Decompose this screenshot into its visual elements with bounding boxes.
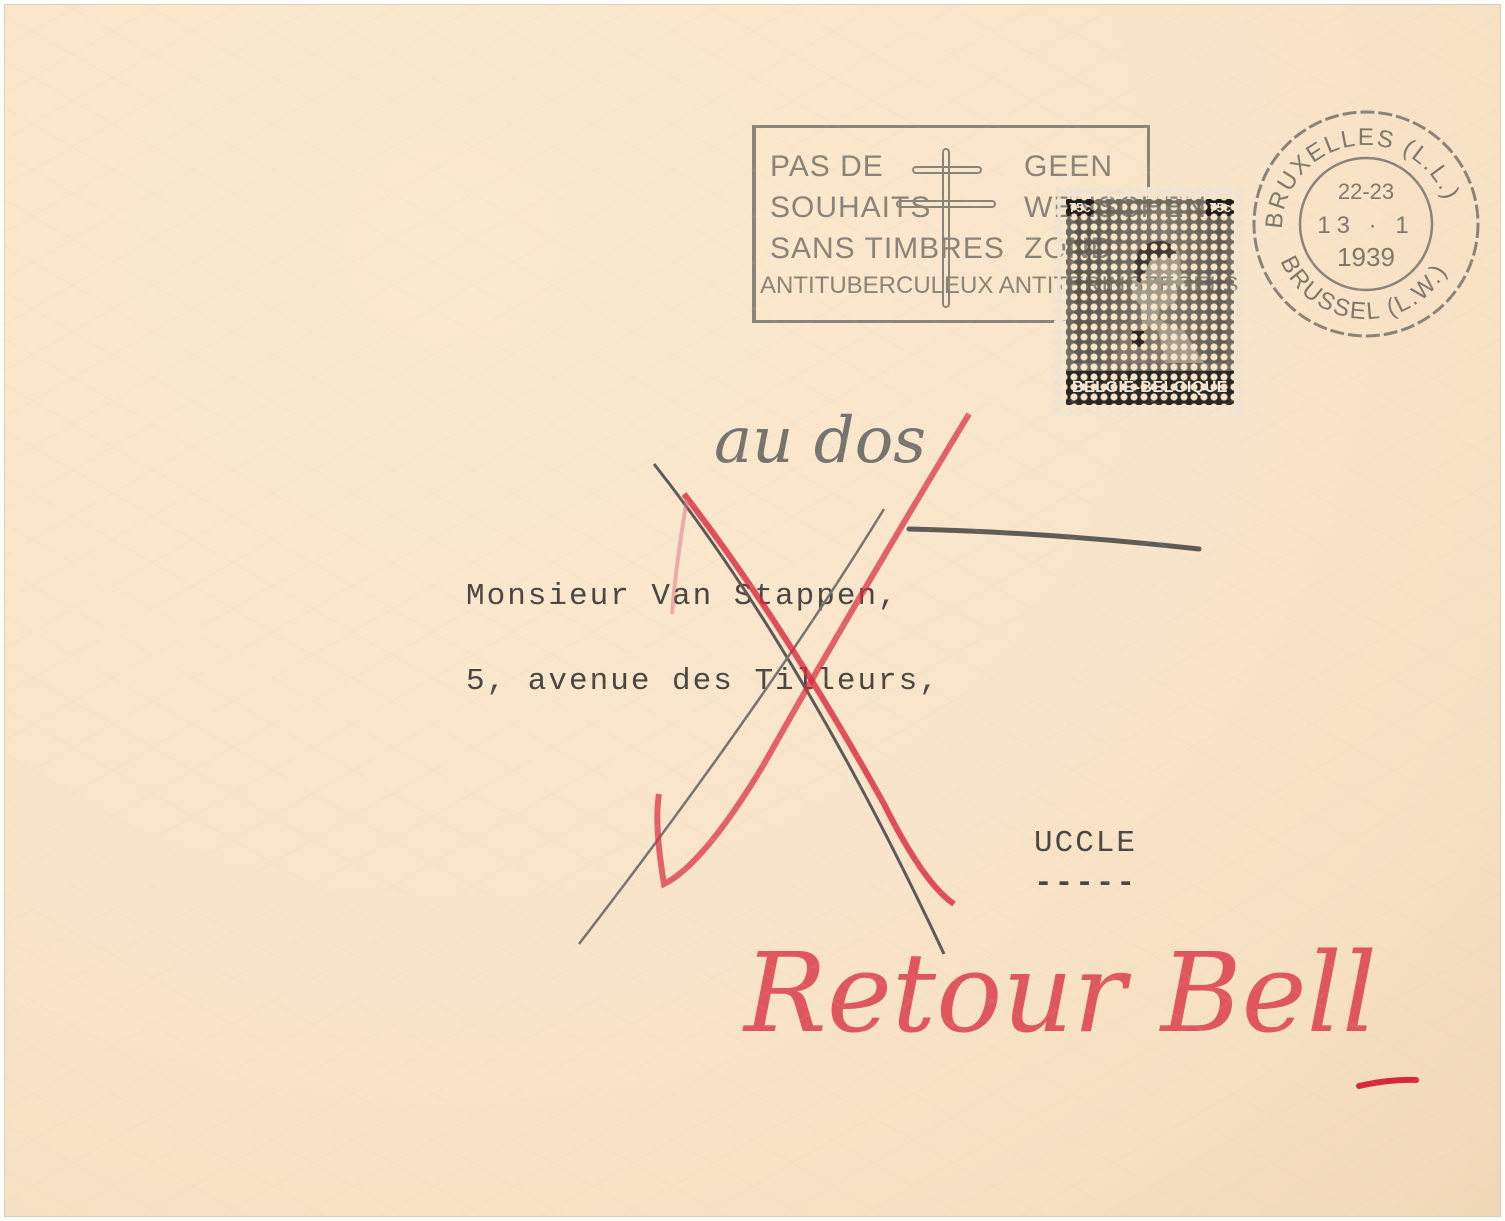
postmark-date: 13 · 1 (1317, 212, 1414, 239)
envelope: PAS DE SOUHAITS SANS TIMBRES GEEN WENSCH… (4, 4, 1501, 1217)
postmark-year: 1939 (1337, 242, 1395, 272)
slogan-line: GEEN (1024, 146, 1207, 187)
postmark-time: 22-23 (1338, 179, 1394, 204)
address-city: UCCLE (1034, 826, 1137, 861)
address-line-1: Monsieur Van Stappen, (466, 579, 899, 614)
stamp-value-left: 75c (1066, 199, 1094, 216)
pencil-note: au dos (714, 404, 926, 478)
red-return-note: Retour Bell (744, 929, 1377, 1057)
stamp-portrait-panel (1074, 207, 1226, 363)
king-portrait-icon (1114, 235, 1204, 363)
stamp-country: BELGIË-BELGIQUE (1066, 371, 1234, 405)
address-line-2: 5, avenue des Tilleurs, (466, 664, 940, 699)
address-city-underline: ----- (1034, 866, 1137, 901)
postage-stamp: 75c 75c BELGIË-BELGIQUE (1054, 187, 1244, 417)
stamp-value-right: 75c (1206, 199, 1234, 216)
circular-postmark: BRUXELLES (L.L.) BRUSSEL (L.W.) 22-23 13… (1244, 109, 1484, 339)
